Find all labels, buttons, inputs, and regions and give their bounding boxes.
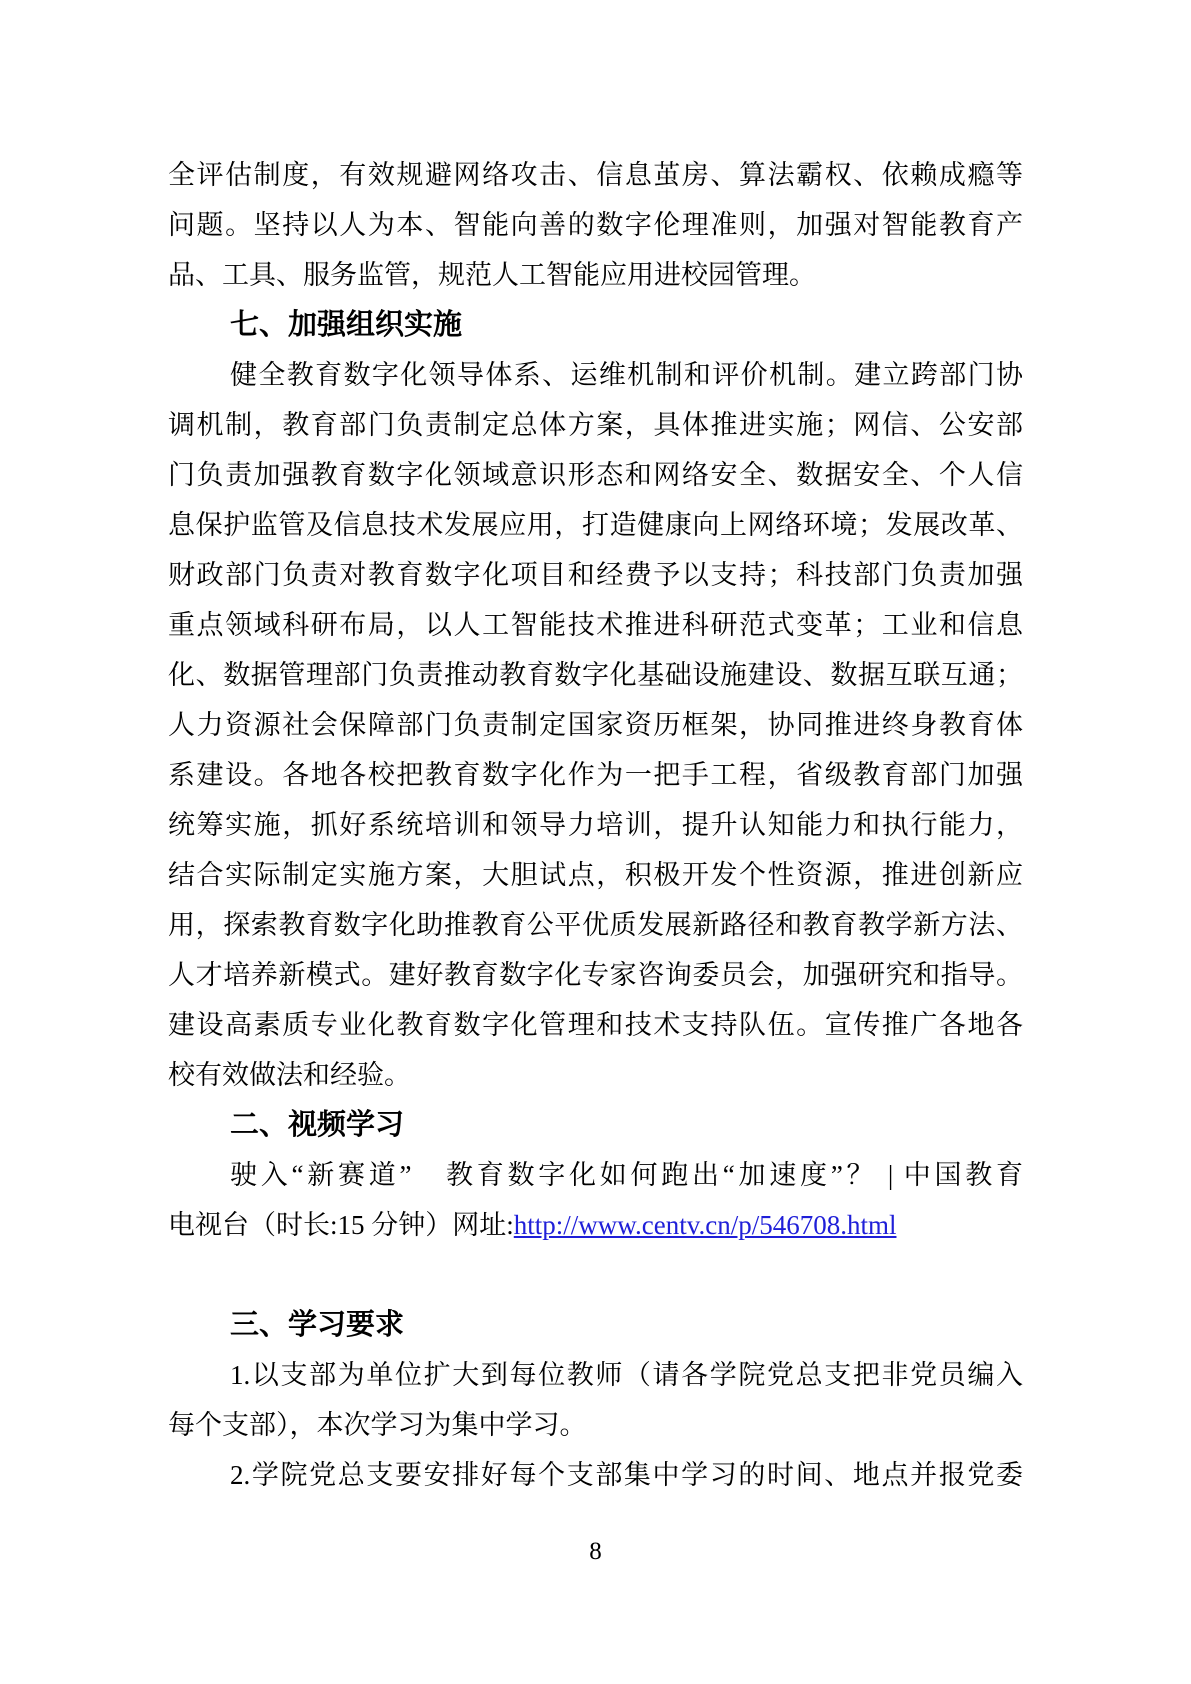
text-line: 校有效做法和经验。	[168, 1050, 1023, 1100]
document-page: 全评估制度，有效规避网络攻击、信息茧房、算法霸权、依赖成瘾等 问题。坚持以人为本…	[0, 0, 1191, 1684]
text-line: 驶入“新赛道” 教育数字化如何跑出“加速度”？ | 中国教育	[168, 1150, 1023, 1200]
heading-section-2-video-study: 二、视频学习	[168, 1100, 1023, 1150]
video-url-link[interactable]: http://www.centv.cn/p/546708.html	[514, 1210, 897, 1240]
text-line: 调机制，教育部门负责制定总体方案，具体推进实施；网信、公安部	[168, 400, 1023, 450]
text-line: 电视台（时长:15 分钟）网址:http://www.centv.cn/p/54…	[168, 1200, 1023, 1250]
text-line: 1.以支部为单位扩大到每位教师（请各学院党总支把非党员编入	[168, 1350, 1023, 1400]
text-line: 品、工具、服务监管，规范人工智能应用进校园管理。	[168, 250, 1023, 300]
text-line: 人才培养新模式。建好教育数字化专家咨询委员会，加强研究和指导。	[168, 950, 1023, 1000]
document-body: 全评估制度，有效规避网络攻击、信息茧房、算法霸权、依赖成瘾等 问题。坚持以人为本…	[168, 150, 1023, 1500]
page-number: 8	[0, 1532, 1191, 1572]
text-line: 财政部门负责对教育数字化项目和经费予以支持；科技部门负责加强	[168, 550, 1023, 600]
text-line: 化、数据管理部门负责推动教育数字化基础设施建设、数据互联互通；	[168, 650, 1023, 700]
text-line: 建设高素质专业化教育数字化管理和技术支持队伍。宣传推广各地各	[168, 1000, 1023, 1050]
text-line: 息保护监管及信息技术发展应用，打造健康向上网络环境；发展改革、	[168, 500, 1023, 550]
heading-section-7-organization: 七、加强组织实施	[168, 300, 1023, 350]
text-line: 全评估制度，有效规避网络攻击、信息茧房、算法霸权、依赖成瘾等	[168, 150, 1023, 200]
text-line: 系建设。各地各校把教育数字化作为一把手工程，省级教育部门加强	[168, 750, 1023, 800]
video-url-label: 电视台（时长:15 分钟）网址:	[168, 1210, 514, 1240]
text-line: 2.学院党总支要安排好每个支部集中学习的时间、地点并报党委	[168, 1450, 1023, 1500]
text-line: 结合实际制定实施方案，大胆试点，积极开发个性资源，推进创新应	[168, 850, 1023, 900]
heading-section-3-requirements: 三、学习要求	[168, 1300, 1023, 1350]
text-line: 问题。坚持以人为本、智能向善的数字伦理准则，加强对智能教育产	[168, 200, 1023, 250]
text-line: 门负责加强教育数字化领域意识形态和网络安全、数据安全、个人信	[168, 450, 1023, 500]
text-line: 用，探索教育数字化助推教育公平优质发展新路径和教育教学新方法、	[168, 900, 1023, 950]
blank-line	[168, 1250, 1023, 1300]
text-line: 人力资源社会保障部门负责制定国家资历框架，协同推进终身教育体	[168, 700, 1023, 750]
text-line: 重点领域科研布局，以人工智能技术推进科研范式变革；工业和信息	[168, 600, 1023, 650]
text-line: 健全教育数字化领导体系、运维机制和评价机制。建立跨部门协	[168, 350, 1023, 400]
text-line: 统筹实施，抓好系统培训和领导力培训，提升认知能力和执行能力，	[168, 800, 1023, 850]
text-line: 每个支部），本次学习为集中学习。	[168, 1400, 1023, 1450]
